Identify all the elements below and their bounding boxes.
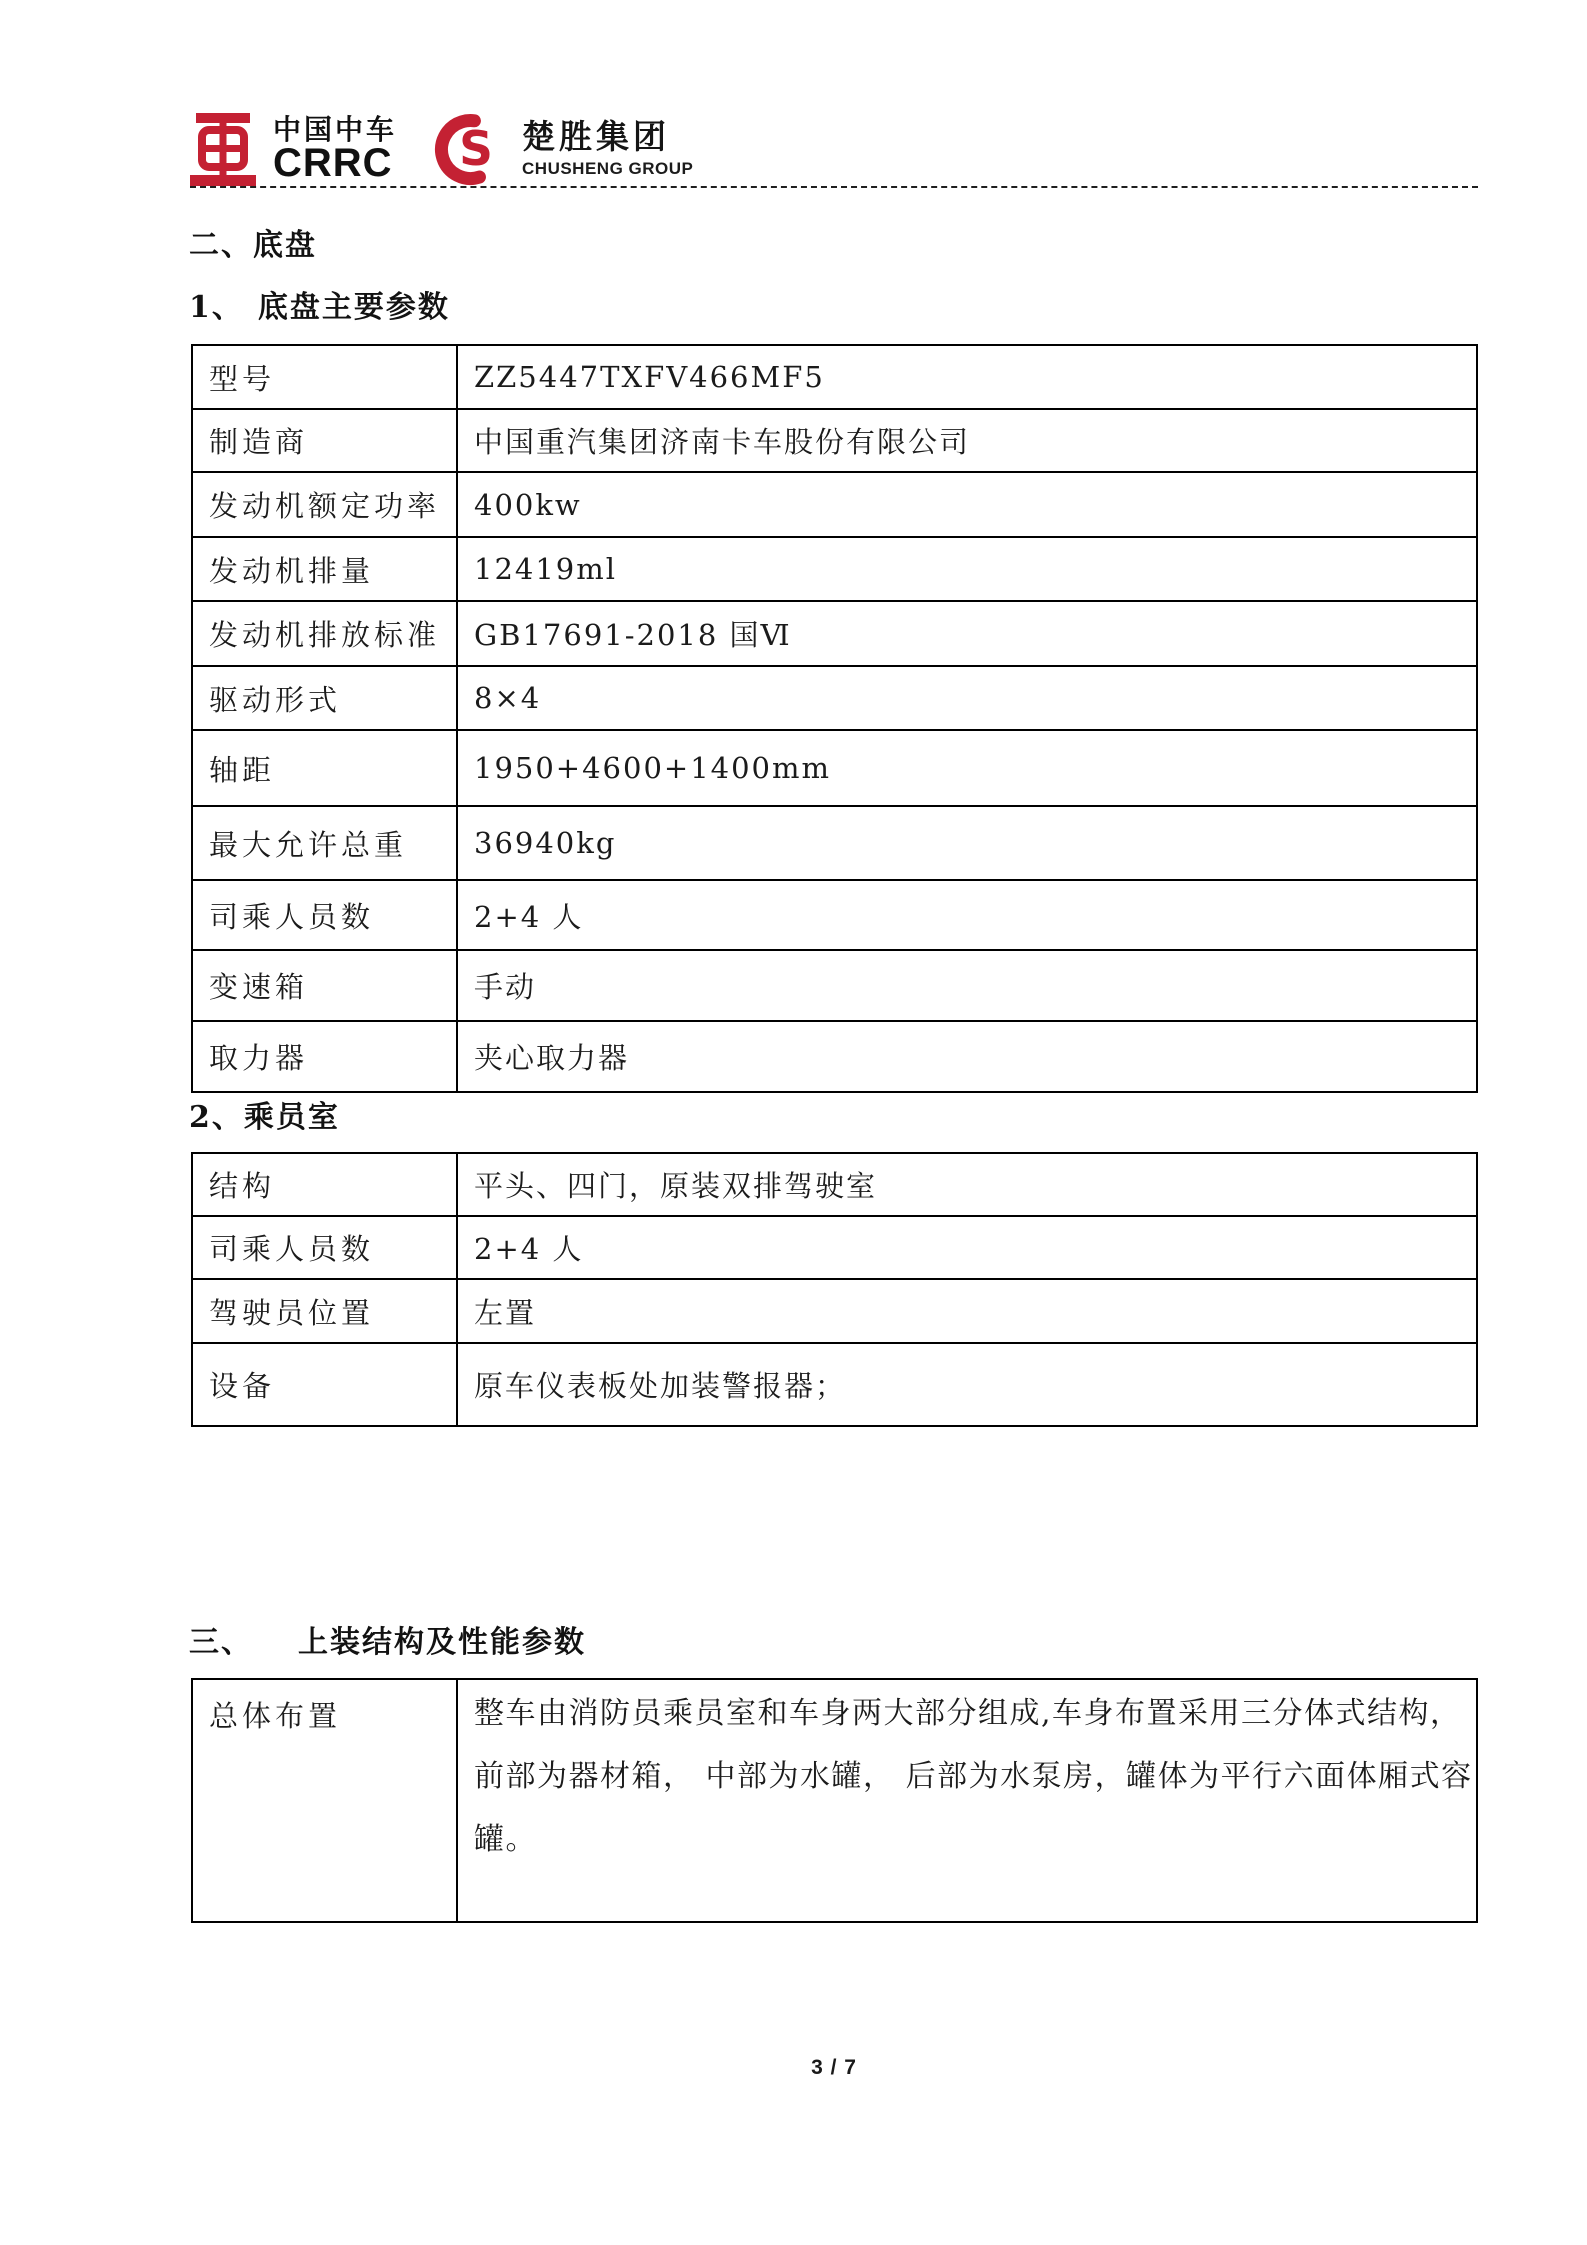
row-value: 8×4 [457,666,1477,730]
row-value: 平头、四门，原装双排驾驶室 [457,1153,1477,1216]
subsection-title: 乘员室 [244,1100,340,1135]
row-value-line: 前部为器材箱， 中部为水罐， 后部为水泵房，罐体为平行六面体厢式容 [474,1745,1475,1808]
subsection-number: 2、 [189,1100,244,1135]
crrc-emblem-icon [190,113,256,186]
section-heading-chassis: 二、底盘 [189,229,317,263]
row-value: 整车由消防员乘员室和车身两大部分组成,车身布置采用三分体式结构， 前部为器材箱，… [457,1679,1477,1922]
section-number: 三、 [189,1625,253,1660]
page-number: 3 / 7 [190,2056,1478,2080]
table-row: 最大允许总重36940kg [192,806,1477,880]
subsection-title: 底盘主要参数 [258,290,450,325]
chusheng-logo: S 楚胜集团 CHUSHENG GROUP [433,112,693,187]
section-title: 上装结构及性能参数 [298,1625,586,1660]
chassis-params-table: 型号ZZ5447TXFV466MF5 制造商中国重汽集团济南卡车股份有限公司 发… [191,344,1478,1093]
row-label: 最大允许总重 [192,806,457,880]
table-row: 发动机额定功率400kw [192,472,1477,537]
row-label: 轴距 [192,730,457,806]
row-value: 36940kg [457,806,1477,880]
row-value-line: 罐。 [474,1808,1475,1871]
row-value: 原车仪表板处加装警报器； [457,1343,1477,1426]
row-label: 司乘人员数 [192,1216,457,1279]
superstructure-table: 总体布置 整车由消防员乘员室和车身两大部分组成,车身布置采用三分体式结构， 前部… [191,1678,1478,1923]
subsection-number: 1、 [189,290,244,325]
row-label: 变速箱 [192,950,457,1021]
row-label: 驾驶员位置 [192,1279,457,1343]
row-label: 发动机额定功率 [192,472,457,537]
table-row: 型号ZZ5447TXFV466MF5 [192,345,1477,409]
section-title: 底盘 [253,228,317,263]
table-row: 驾驶员位置左置 [192,1279,1477,1343]
crrc-name-cn: 中国中车 [273,115,397,144]
chusheng-name-en: CHUSHENG GROUP [522,159,693,179]
table-row: 司乘人员数2+4 人 [192,1216,1477,1279]
row-value: ZZ5447TXFV466MF5 [457,345,1477,409]
table-row: 司乘人员数2+4 人 [192,880,1477,950]
row-label: 驱动形式 [192,666,457,730]
row-value: 400kw [457,472,1477,537]
crrc-name-en: CRRC [273,143,397,183]
row-value: 2+4 人 [457,880,1477,950]
table-row: 取力器夹心取力器 [192,1021,1477,1092]
row-label: 取力器 [192,1021,457,1092]
crrc-logo: 中国中车 CRRC [190,113,397,186]
row-label: 制造商 [192,409,457,472]
row-value: 12419ml [457,537,1477,601]
table-row: 驱动形式8×4 [192,666,1477,730]
row-label: 结构 [192,1153,457,1216]
row-label: 设备 [192,1343,457,1426]
row-label: 总体布置 [192,1679,457,1922]
row-value: 夹心取力器 [457,1021,1477,1092]
table-row: 结构平头、四门，原装双排驾驶室 [192,1153,1477,1216]
table-row: 设备原车仪表板处加装警报器； [192,1343,1477,1426]
crew-cabin-table: 结构平头、四门，原装双排驾驶室 司乘人员数2+4 人 驾驶员位置左置 设备原车仪… [191,1152,1478,1427]
row-value: 中国重汽集团济南卡车股份有限公司 [457,409,1477,472]
chusheng-name-cn: 楚胜集团 [522,119,693,155]
section-heading-superstructure: 三、上装结构及性能参数 [189,1626,586,1660]
page-header: 中国中车 CRRC S 楚胜集团 CHUSHENG GROUP [190,110,693,188]
table-row: 轴距1950+4600+1400mm [192,730,1477,806]
table-row: 发动机排量12419ml [192,537,1477,601]
row-value: 2+4 人 [457,1216,1477,1279]
svg-text:S: S [459,122,493,177]
subsection-heading-crew-cabin: 2、乘员室 [189,1101,340,1135]
row-label: 型号 [192,345,457,409]
table-row: 变速箱手动 [192,950,1477,1021]
crrc-wordmark: 中国中车 CRRC [273,115,397,183]
row-label: 司乘人员数 [192,880,457,950]
row-value: 左置 [457,1279,1477,1343]
row-label: 发动机排放标准 [192,601,457,666]
row-value: 手动 [457,950,1477,1021]
chusheng-wordmark: 楚胜集团 CHUSHENG GROUP [522,119,693,178]
table-row: 总体布置 整车由消防员乘员室和车身两大部分组成,车身布置采用三分体式结构， 前部… [192,1679,1477,1922]
subsection-heading-chassis-params: 1、底盘主要参数 [189,291,450,325]
row-value-line: 整车由消防员乘员室和车身两大部分组成,车身布置采用三分体式结构， [474,1682,1475,1745]
header-divider [190,186,1478,188]
table-row: 发动机排放标准GB17691-2018 国Ⅵ [192,601,1477,666]
table-row: 制造商中国重汽集团济南卡车股份有限公司 [192,409,1477,472]
section-number: 二、 [189,228,253,263]
row-label: 发动机排量 [192,537,457,601]
row-value: 1950+4600+1400mm [457,730,1477,806]
chusheng-emblem-icon: S [433,112,508,187]
row-value: GB17691-2018 国Ⅵ [457,601,1477,666]
document-page: 中国中车 CRRC S 楚胜集团 CHUSHENG GROUP 二、底盘 1、底… [0,0,1587,2245]
